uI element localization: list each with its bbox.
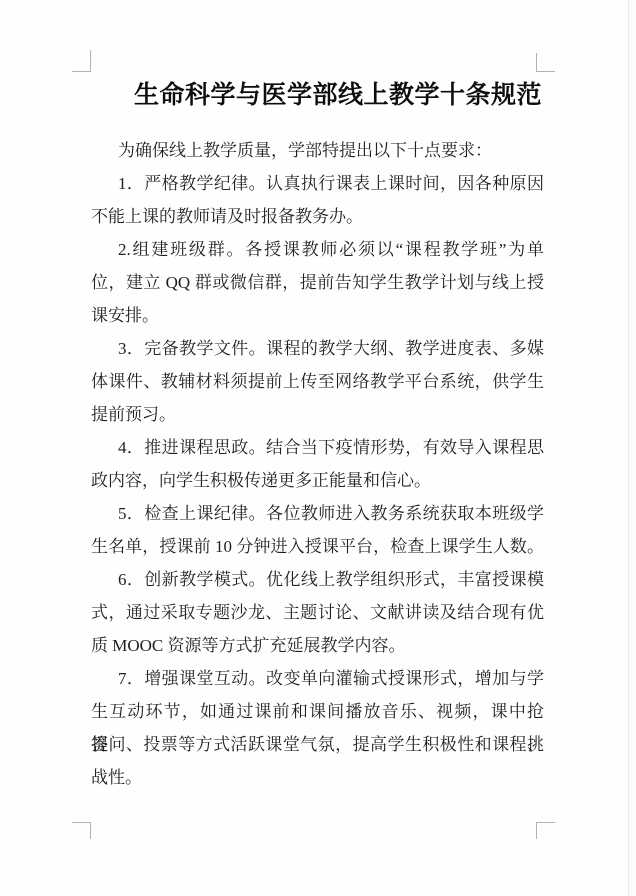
document-page: 生命科学与医学部线上教学十条规范 为确保线上教学质量，学部特提出以下十点要求：1… xyxy=(0,0,636,896)
document-line: 6．创新教学模式。优化线上教学组织形式，丰富授课模 xyxy=(91,563,544,596)
document-line: 体课件、教辅材料须提前上传至网络教学平台系统，供学生 xyxy=(91,365,544,398)
document-line: 5．检查上课纪律。各位教师进入教务系统获取本班级学 xyxy=(91,497,544,530)
document-line: 为确保线上教学质量，学部特提出以下十点要求： xyxy=(91,134,544,167)
document-line: 位，建立 QQ 群或微信群，提前告知学生教学计划与线上授 xyxy=(91,266,544,299)
document-line: 2.组建班级群。各授课教师必须以“课程教学班”为单 xyxy=(91,233,544,266)
document-line: 质 MOOC 资源等方式扩充延展教学内容。 xyxy=(91,629,544,662)
document-line: 生名单，授课前 10 分钟进入授课平台，检查上课学生人数。 xyxy=(91,530,544,563)
document-line: 战性。 xyxy=(91,761,544,794)
document-line: 课安排。 xyxy=(91,299,544,332)
document-line: 提前预习。 xyxy=(91,398,544,431)
page-edge-shade xyxy=(629,0,636,896)
document-line: 3．完备教学文件。课程的教学大纲、教学进度表、多媒 xyxy=(91,332,544,365)
margin-mark-top-left xyxy=(72,50,91,72)
document-line: 1．严格教学纪律。认真执行课表上课时间，因各种原因 xyxy=(91,167,544,200)
document-line: 7．增强课堂互动。改变单向灌输式授课形式，增加与学 xyxy=(91,662,544,695)
document-line: 式，通过采取专题沙龙、主题讨论、文献讲读及结合现有优 xyxy=(91,596,544,629)
margin-mark-bottom-left xyxy=(72,822,91,839)
document-title: 生命科学与医学部线上教学十条规范 xyxy=(90,79,544,113)
margin-mark-top-right xyxy=(536,53,555,72)
page-right-edge xyxy=(628,0,629,896)
document-line: 提问、投票等方式活跃课堂气氛，提高学生积极性和课程挑 xyxy=(91,728,544,761)
margin-mark-bottom-right xyxy=(536,822,555,839)
document-line: 政内容，向学生积极传递更多正能量和信心。 xyxy=(91,464,544,497)
document-line: 生互动环节，如通过课前和课间播放音乐、视频，课中抢答、 xyxy=(91,695,544,728)
document-line: 4．推进课程思政。结合当下疫情形势，有效导入课程思 xyxy=(91,431,544,464)
document-line: 不能上课的教师请及时报备教务办。 xyxy=(91,200,544,233)
document-body: 为确保线上教学质量，学部特提出以下十点要求：1．严格教学纪律。认真执行课表上课时… xyxy=(91,134,544,794)
